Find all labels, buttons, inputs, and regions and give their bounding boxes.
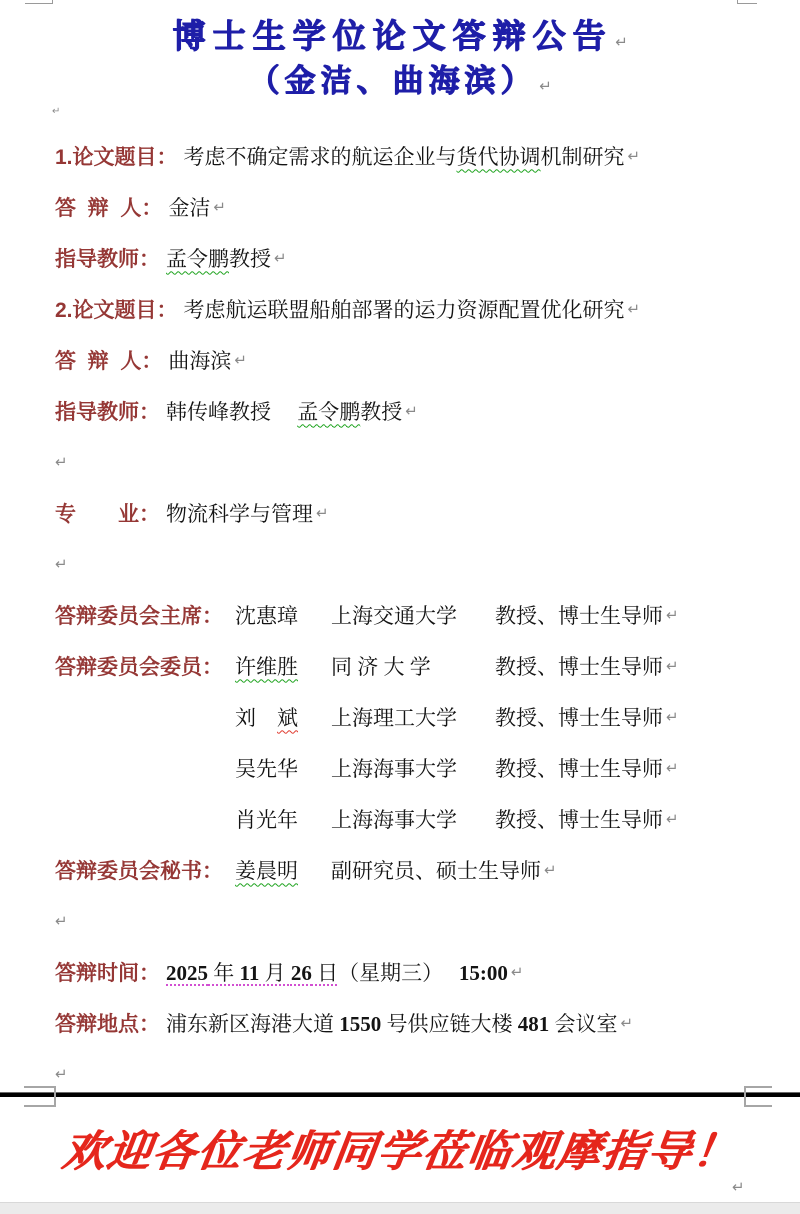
row-committee-secretary: 答辩委员会秘书： 姜晨明 副研究员、硕士生导师 ↵ <box>55 844 765 895</box>
row-defense-time: 答辩时间： 2025 年 11 月 26 日（星期三） 15:00 ↵ <box>55 946 765 997</box>
row-thesis-title-1: 1.论文题目： 考虑不确定需求的航运企业与货代协调机制研究 ↵ <box>55 130 765 181</box>
paragraph-mark: ↵ <box>539 77 552 95</box>
field-label-defense-time: 答辩时间： <box>55 957 160 987</box>
member-4-name: 肖光年 <box>235 804 331 834</box>
paragraph-mark: ↵ <box>628 300 641 318</box>
date-month: 11 <box>240 961 260 985</box>
member-2-surname: 刘 <box>235 706 277 730</box>
member-1-name: 许维胜 <box>235 651 331 681</box>
row-defender-1: 答 辩 人： 金洁 ↵ <box>55 181 765 232</box>
row-advisor-1: 指导教师： 孟令鹏教授 ↵ <box>55 232 765 283</box>
member-2-organization: 上海理工大学 <box>331 702 481 732</box>
field-value-defense-location: 浦东新区海港大道 1550 号供应链大楼 481 会议室 <box>166 1008 618 1038</box>
field-value-defense-time: 2025 年 11 月 26 日（星期三） 15:00 <box>166 957 508 987</box>
location-building: 号供应链大楼 <box>381 1012 518 1036</box>
document-page: 博士生学位论文答辩公告↵ （金洁、曲海滨）↵ ↵ 1.论文题目： 考虑不确定需求… <box>0 0 800 1214</box>
defense-weekday: （星期三） <box>338 961 459 985</box>
field-value-defender-1: 金洁 <box>168 192 210 222</box>
field-label-major: 专 业： <box>55 498 160 528</box>
margin-crop-mark-bottom-left <box>24 1086 56 1107</box>
paragraph-mark: ↵ <box>234 351 247 369</box>
defense-clock-time: 15:00 <box>459 961 508 985</box>
paragraph-mark: ↵ <box>666 708 679 726</box>
row-committee-member-4: 肖光年 上海海事大学 教授、博士生导师 ↵ <box>55 793 765 844</box>
paragraph-mark: ↵ <box>666 606 679 624</box>
window-bottom-strip <box>0 1202 800 1214</box>
paragraph-mark: ↵ <box>55 555 68 573</box>
date-day: 26 <box>291 961 312 985</box>
field-label-thesis-1: 1.论文题目： <box>55 141 178 171</box>
thesis-1-spellcheck-text: 货代协调 <box>457 145 541 169</box>
member-2-title: 教授、博士生导师 <box>495 702 663 732</box>
page-subtitle-text: （金洁、曲海滨） <box>248 63 536 98</box>
row-empty-paragraph: ↵ <box>55 436 765 487</box>
member-3-title: 教授、博士生导师 <box>495 753 663 783</box>
secretary-title: 副研究员、硕士生导师 <box>331 855 541 885</box>
paragraph-mark: ↵ <box>666 759 679 777</box>
field-label-advisor-2: 指导教师： <box>55 396 160 426</box>
paragraph-mark: ↵ <box>666 657 679 675</box>
margin-crop-mark-bottom-right <box>744 1086 772 1107</box>
defense-date: 2025 年 11 月 26 日 <box>166 961 338 985</box>
paragraph-mark: ↵ <box>55 1065 68 1083</box>
location-street: 浦东新区海港大道 <box>166 1012 339 1036</box>
document-body: 1.论文题目： 考虑不确定需求的航运企业与货代协调机制研究 ↵ 答 辩 人： 金… <box>55 130 765 1099</box>
row-committee-member-1: 答辩委员会委员： 许维胜 同 济 大 学 教授、博士生导师 ↵ <box>55 640 765 691</box>
advisor-1-title: 教授 <box>229 247 271 271</box>
row-committee-member-2: 刘 斌 上海理工大学 教授、博士生导师 ↵ <box>55 691 765 742</box>
paragraph-mark: ↵ <box>628 147 641 165</box>
row-committee-member-3: 吴先华 上海海事大学 教授、博士生导师 ↵ <box>55 742 765 793</box>
page-title-text: 博士生学位论文答辩公告 <box>172 17 612 54</box>
row-empty-paragraph: ↵ <box>55 895 765 946</box>
field-label-thesis-2: 2.论文题目： <box>55 294 178 324</box>
field-value-thesis-1: 考虑不确定需求的航运企业与货代协调机制研究 <box>184 141 625 171</box>
page-title-line1: 博士生学位论文答辩公告↵ <box>0 10 800 57</box>
location-room-number: 481 <box>518 1012 550 1036</box>
field-label-advisor-1: 指导教师： <box>55 243 160 273</box>
field-value-advisor-2: 韩传峰教授 孟令鹏教授 <box>166 396 402 426</box>
row-thesis-title-2: 2.论文题目： 考虑航运联盟船舶部署的运力资源配置优化研究 ↵ <box>55 283 765 334</box>
date-month-unit: 月 <box>259 961 291 985</box>
advisor-2a-name: 韩传峰教授 <box>166 400 297 424</box>
location-street-number: 1550 <box>339 1012 381 1036</box>
welcome-banner: 欢迎各位老师同学莅临观摩指导！ <box>0 1118 800 1179</box>
paragraph-mark: ↵ <box>615 33 628 51</box>
row-advisor-2: 指导教师： 韩传峰教授 孟令鹏教授 ↵ <box>55 385 765 436</box>
chair-organization: 上海交通大学 <box>331 600 481 630</box>
field-label-defender-2: 答 辩 人： <box>55 345 162 375</box>
member-2-givenname: 斌 <box>277 706 298 730</box>
row-major: 专 业： 物流科学与管理 ↵ <box>55 487 765 538</box>
member-4-organization: 上海海事大学 <box>331 804 481 834</box>
field-value-defender-2: 曲海滨 <box>168 345 231 375</box>
paragraph-mark: ↵ <box>405 402 418 420</box>
member-2-name: 刘 斌 <box>235 702 331 732</box>
member-3-organization: 上海海事大学 <box>331 753 481 783</box>
paragraph-mark: ↵ <box>55 912 68 930</box>
paragraph-mark: ↵ <box>316 504 329 522</box>
row-defense-location: 答辩地点： 浦东新区海港大道 1550 号供应链大楼 481 会议室 ↵ <box>55 997 765 1048</box>
member-4-title: 教授、博士生导师 <box>495 804 663 834</box>
member-3-name: 吴先华 <box>235 753 331 783</box>
date-year: 2025 <box>166 961 208 985</box>
date-day-unit: 日 <box>312 961 338 985</box>
field-label-committee-secretary: 答辩委员会秘书： <box>55 855 235 885</box>
advisor-1-name: 孟令鹏 <box>166 247 229 271</box>
thesis-1-text: 考虑不确定需求的航运企业与 <box>184 145 457 169</box>
field-label-committee-chair: 答辩委员会主席： <box>55 600 235 630</box>
location-room: 会议室 <box>549 1012 617 1036</box>
margin-crop-mark-top-right <box>737 0 757 4</box>
paragraph-mark: ↵ <box>621 1014 634 1032</box>
paragraph-mark: ↵ <box>274 249 287 267</box>
advisor-2b-name: 孟令鹏 <box>297 400 360 424</box>
chair-name: 沈惠璋 <box>235 600 331 630</box>
chair-title: 教授、博士生导师 <box>495 600 663 630</box>
paragraph-mark: ↵ <box>52 106 60 117</box>
paragraph-mark: ↵ <box>732 1178 745 1196</box>
field-label-defender-1: 答 辩 人： <box>55 192 162 222</box>
member-1-title: 教授、博士生导师 <box>495 651 663 681</box>
margin-crop-mark-top-left <box>25 0 53 4</box>
row-defender-2: 答 辩 人： 曲海滨 ↵ <box>55 334 765 385</box>
paragraph-mark: ↵ <box>666 810 679 828</box>
paragraph-mark: ↵ <box>55 453 68 471</box>
field-value-major: 物流科学与管理 <box>166 498 313 528</box>
advisor-2b-title: 教授 <box>360 400 402 424</box>
thesis-1-text-end: 机制研究 <box>541 145 625 169</box>
welcome-banner-text: 欢迎各位老师同学莅临观摩指导！ <box>58 1118 742 1179</box>
paragraph-mark: ↵ <box>213 198 226 216</box>
paragraph-mark: ↵ <box>544 861 557 879</box>
page-title-line2: （金洁、曲海滨）↵ <box>0 55 800 100</box>
paragraph-mark: ↵ <box>511 963 524 981</box>
secretary-name: 姜晨明 <box>235 855 331 885</box>
field-label-committee-members: 答辩委员会委员： <box>55 651 235 681</box>
field-value-advisor-1: 孟令鹏教授 <box>166 243 271 273</box>
row-empty-paragraph: ↵ <box>55 538 765 589</box>
member-1-organization: 同 济 大 学 <box>331 651 481 681</box>
field-value-thesis-2: 考虑航运联盟船舶部署的运力资源配置优化研究 <box>184 294 625 324</box>
field-label-defense-location: 答辩地点： <box>55 1008 160 1038</box>
date-year-unit: 年 <box>208 961 240 985</box>
page-boundary-line <box>0 1092 800 1097</box>
row-committee-chair: 答辩委员会主席： 沈惠璋 上海交通大学 教授、博士生导师 ↵ <box>55 589 765 640</box>
